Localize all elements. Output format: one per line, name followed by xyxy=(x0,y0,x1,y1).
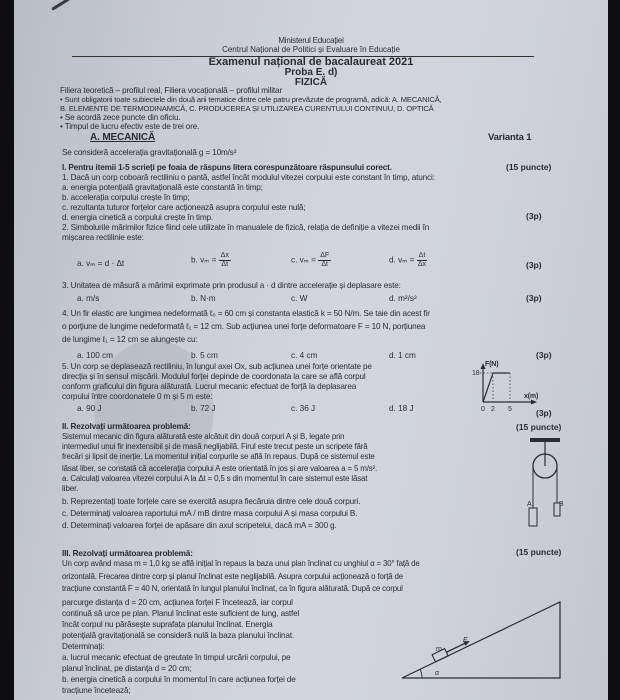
part2-points: (15 puncte) xyxy=(516,422,561,432)
q2-b-denominator: Δt xyxy=(219,261,231,269)
q2-b-numerator: Δx xyxy=(219,252,231,261)
q2-c-denominator: Δt xyxy=(318,261,331,269)
q1-option-b: b. accelerația corpului crește în timp; xyxy=(62,193,190,203)
q1-option-d: d. energia cinetică a corpului crește în… xyxy=(62,213,213,223)
q4-option-d: d. 1 cm xyxy=(389,351,416,360)
q3-option-b: b. N·m xyxy=(191,294,216,303)
q1-points: (3p) xyxy=(526,211,542,221)
q3-option-d: d. m²/s² xyxy=(389,294,417,303)
part2-text-3: frecări și lipsit de inerție. La momentu… xyxy=(62,452,375,462)
q2-c-label: c. vₘ = xyxy=(291,256,316,265)
q5-text: 5. Un corp se deplasează rectiliniu, în … xyxy=(62,362,372,372)
part3-text-2: orizontală. Frecarea dintre corp și plan… xyxy=(62,572,403,582)
q2-b-fraction: ΔxΔt xyxy=(219,252,231,269)
q2-text-cont: mișcarea rectilinie este: xyxy=(62,233,144,243)
part2-item-b: b. Reprezentați toate forțele care se ex… xyxy=(62,497,360,507)
exam-paper: Ministerul Educației Centrul Național de… xyxy=(14,0,608,700)
q4-text: 4. Un fir elastic are lungimea nedeforma… xyxy=(62,309,430,319)
q2-d-numerator: Δt xyxy=(417,252,428,261)
q4-text-2: o porțiune de lungime nedeformată ℓ₁ = 1… xyxy=(62,322,425,332)
q3-option-c: c. W xyxy=(291,294,307,303)
part3-item-b-cont: tracțiune încetează; xyxy=(62,686,130,696)
part3-text-8: Determinați: xyxy=(62,642,104,652)
center-name: Centrul Național de Politici și Evaluare… xyxy=(14,45,608,54)
part2-text-4: lăsat liber, se constată că accelerația … xyxy=(62,464,377,474)
q2-d-label: d. vₘ = xyxy=(389,256,414,265)
q2-d-denominator: Δx xyxy=(417,261,428,269)
pulley-figure xyxy=(524,438,584,528)
part3-text-1: Un corp având masa m = 1,0 kg se află in… xyxy=(62,559,420,569)
q2-c-fraction: ΔFΔt xyxy=(318,252,331,269)
section-title: A. MECANICĂ xyxy=(90,133,155,143)
q2-d-fraction: ΔtΔx xyxy=(417,252,428,269)
q2-points: (3p) xyxy=(526,260,542,270)
q2-c-numerator: ΔF xyxy=(318,252,331,261)
gravity-note: Se consideră accelerația gravitațională … xyxy=(62,148,236,158)
q5-option-c: c. 36 J xyxy=(291,404,315,413)
part2-item-a: a. Calculați valoarea vitezei corpului A… xyxy=(62,474,367,484)
q2-option-a: a. vₘ = d · Δt xyxy=(77,258,124,268)
q2-text: 2. Simbolurile mărimilor fizice fiind ce… xyxy=(62,223,429,233)
part3-text-3: tracțiune constantă F = 40 N, orientată … xyxy=(62,584,403,594)
q1-text: 1. Dacă un corp coboară rectiliniu o pan… xyxy=(62,173,435,183)
q5-text-2: direcția și în sensul mișcării. Modulul … xyxy=(62,372,366,382)
q5-text-3: conform graficului din figura alăturată.… xyxy=(62,382,356,392)
q4-option-b: b. 5 cm xyxy=(191,351,218,360)
graph-x-tick-0: 0 xyxy=(481,405,485,415)
variant-label: Varianta 1 xyxy=(488,133,531,143)
ministry-name: Ministerul Educației xyxy=(14,36,608,45)
q4-text-3: de lungime ℓ₁ = 12 cm se alungește cu: xyxy=(62,335,198,345)
part1-points: (15 puncte) xyxy=(506,162,551,172)
part3-text-6: încât corpul nu părăsește suprafața plan… xyxy=(62,620,273,630)
q4-option-a: a. 100 cm xyxy=(77,351,113,360)
part2-item-a-cont: liber. xyxy=(62,484,78,494)
incline-force-label: F xyxy=(463,636,467,646)
q3-points: (3p) xyxy=(526,293,542,303)
incline-angle-label: α xyxy=(435,669,439,679)
graph-y-label: F(N) xyxy=(485,360,498,370)
q3-text: 3. Unitatea de măsură a mărimii exprimat… xyxy=(62,281,401,291)
graph-x-tick-2: 2 xyxy=(491,405,495,415)
part3-item-a-cont: planul înclinat, pe distanța d = 20 cm; xyxy=(62,664,192,674)
inclined-plane-figure xyxy=(400,600,570,680)
instruction-bullet-3: • Timpul de lucru efectiv este de trei o… xyxy=(60,122,199,132)
graph-x-tick-5: 5 xyxy=(508,405,512,415)
graph-y-tick: 18 xyxy=(472,369,480,379)
part3-item-b: b. energia cinetică a corpului în moment… xyxy=(62,675,296,685)
q5-text-4: corpului între coordonatele 0 m și 5 m e… xyxy=(62,392,212,402)
part3-text-5: continuă să urce pe plan. Planul înclina… xyxy=(62,609,299,619)
q2-option-d: d. vₘ = ΔtΔx xyxy=(389,252,427,269)
q3-option-a: a. m/s xyxy=(77,294,99,303)
q5-option-b: b. 72 J xyxy=(191,404,216,413)
part3-heading: III. Rezolvați următoarea problemă: xyxy=(62,549,193,559)
q2-b-label: b. vₘ = xyxy=(191,256,216,265)
q5-option-a: a. 90 J xyxy=(77,404,102,413)
part1-heading: I. Pentru itemii 1-5 scrieți pe foaia de… xyxy=(62,163,392,173)
q1-option-a: a. energia potențială gravitațională est… xyxy=(62,183,263,193)
pulley-label-b: B xyxy=(559,500,564,510)
q4-points: (3p) xyxy=(536,350,552,360)
part3-points: (15 puncte) xyxy=(516,547,561,557)
graph-x-label: x(m) xyxy=(524,392,538,402)
part2-item-c: c. Determinați valoarea raportului mA / … xyxy=(62,509,357,519)
part3-text-7: potențială gravitațională se consideră n… xyxy=(62,631,294,641)
q5-option-d: d. 18 J xyxy=(389,404,414,413)
part2-heading: II. Rezolvați următoarea problemă: xyxy=(62,422,191,432)
part2-text-1: Sistemul mecanic din figura alăturată es… xyxy=(62,432,344,442)
incline-mass-label: m xyxy=(436,645,442,655)
q2-option-c: c. vₘ = ΔFΔt xyxy=(291,252,331,269)
part3-text-4: parcurge distanța d = 20 cm, acțiunea fo… xyxy=(62,598,293,608)
q1-option-c: c. rezultanta tuturor forțelor care acți… xyxy=(62,203,305,213)
pen-mark xyxy=(51,0,83,11)
pulley-label-a: A xyxy=(527,500,532,510)
part2-text-2: intermediul unui fir inextensibil și de … xyxy=(62,442,367,452)
q2-option-b: b. vₘ = ΔxΔt xyxy=(191,252,231,269)
part2-item-d: d. Determinați valoarea forței de apăsar… xyxy=(62,521,337,531)
q4-option-c: c. 4 cm xyxy=(291,351,317,360)
part3-item-a: a. lucrul mecanic efectuat de greutate î… xyxy=(62,653,291,663)
